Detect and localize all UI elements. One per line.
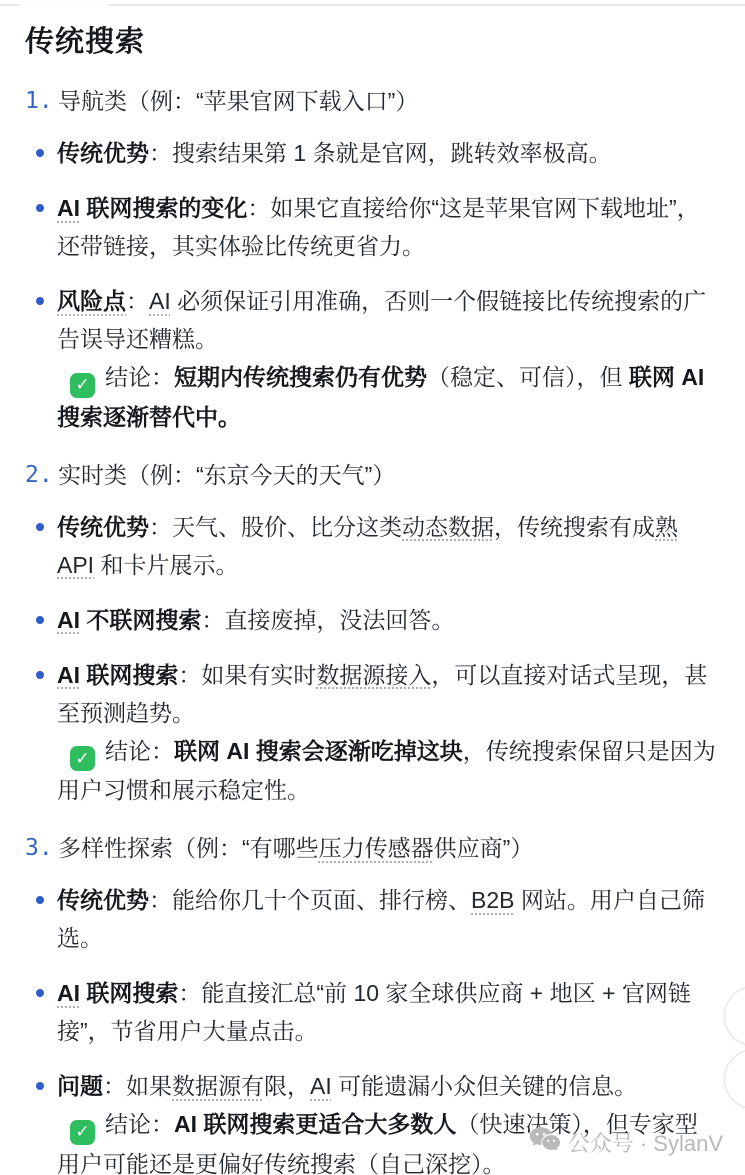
bullet-icon [36, 616, 44, 624]
list-item-bullet: 传统优势：天气、股价、比分这类动态数据，传统搜索有成熟 API 和卡片展示。 [25, 508, 720, 584]
bullet-content: 传统优势：搜索结果第 1 条就是官网，跳转效率极高。 [57, 134, 720, 172]
article: 传统搜索 1.导航类（例：“苹果官网下载入口”）传统优势：搜索结果第 1 条就是… [0, 0, 745, 1175]
emphasis-text: AI [57, 980, 80, 1006]
body-text: 结论： [105, 738, 174, 764]
conclusion-line: ✓结论：联网 AI 搜索会逐渐吃掉这块，传统搜索保留只是因为用户习惯和展示稳定性… [57, 732, 720, 810]
body-text: （稳定、可信），但 [427, 364, 629, 390]
check-icon: ✓ [70, 373, 95, 398]
body-text: ：如果 [103, 1073, 172, 1099]
body-text: ：能给你几十个页面、排行榜、 [149, 887, 471, 913]
page-title: 传统搜索 [25, 22, 720, 62]
list-item-numbered: 1.导航类（例：“苹果官网下载入口”） [25, 82, 720, 120]
top-divider-line [0, 4, 745, 6]
body-text: 结论： [105, 1111, 174, 1137]
bullet-icon [36, 989, 44, 997]
bullet-content: 传统优势：天气、股价、比分这类动态数据，传统搜索有成熟 API 和卡片展示。 [57, 508, 720, 584]
bullet-content: 传统优势：能给你几十个页面、排行榜、B2B 网站。用户自己筛选。 [57, 881, 720, 957]
bullet-text: AI 联网搜索：如果有实时数据源接入，可以直接对话式呈现，甚至预测趋势。 [57, 656, 720, 732]
body-text: AI [149, 288, 171, 314]
body-text: AI [310, 1073, 332, 1099]
list-number: 2. [25, 456, 58, 494]
list-item-bullet: 传统优势：搜索结果第 1 条就是官网，跳转效率极高。 [25, 134, 720, 172]
bullet-content: AI 联网搜索的变化：如果它直接给你“这是苹果官网下载地址”，还带链接，其实体验… [57, 189, 720, 265]
body-text: 实时类（例：“东京今天的天气”） [58, 462, 395, 488]
body-text: 数据源有 [172, 1073, 264, 1099]
watermark: 公众号 · SylanV [529, 1126, 723, 1159]
body-text: 结论： [105, 364, 174, 390]
bullet-icon [36, 523, 44, 531]
bullet-icon [36, 297, 44, 305]
emphasis-text: AI [57, 607, 80, 633]
emphasis-text: AI [57, 195, 80, 221]
bullet-content: 风险点：AI 必须保证引用准确，否则一个假链接比传统搜索的广告误导还糟糕。✓结论… [57, 282, 720, 436]
emphasis-text: 不联网搜索 [80, 607, 201, 633]
numbered-heading: 多样性探索（例：“有哪些压力传感器供应商”） [58, 829, 533, 867]
check-icon: ✓ [70, 1120, 95, 1145]
body-text: 供应商”） [434, 835, 534, 861]
body-text: ，传统搜索有成 [494, 514, 655, 540]
bullet-text: 传统优势：搜索结果第 1 条就是官网，跳转效率极高。 [57, 134, 720, 172]
emphasis-text: 传统优势 [57, 514, 149, 540]
bullet-text: 风险点：AI 必须保证引用准确，否则一个假链接比传统搜索的广告误导还糟糕。 [57, 282, 720, 358]
emphasis-text: 传统优势 [57, 887, 149, 913]
emphasis-text: 问题 [57, 1073, 103, 1099]
body-text: 压力传感器 [319, 835, 434, 861]
body-text: 多样性探索（例：“有哪些 [58, 835, 319, 861]
body-text: ：天气、股价、比分这类 [149, 514, 402, 540]
numbered-heading: 实时类（例：“东京今天的天气”） [58, 456, 395, 494]
bullet-text: 传统优势：能给你几十个页面、排行榜、B2B 网站。用户自己筛选。 [57, 881, 720, 957]
bullet-content: AI 联网搜索：如果有实时数据源接入，可以直接对话式呈现，甚至预测趋势。✓结论：… [57, 656, 720, 810]
emphasis-text: 联网搜索 [80, 662, 178, 688]
body-text: 数据源接入 [316, 662, 431, 688]
body-text: ：搜索结果第 1 条就是官网，跳转效率极高。 [149, 140, 612, 166]
list-number: 3. [25, 829, 58, 867]
emphasis-text: 联网搜索 [80, 980, 178, 1006]
body-text: ： [126, 288, 149, 314]
list-item-bullet: AI 不联网搜索：直接废掉，没法回答。 [25, 601, 720, 639]
emphasis-text: 短期内传统搜索仍有优势 [174, 364, 427, 390]
body-text: 和卡片展示。 [94, 552, 238, 578]
emphasis-text: 联网搜索的变化 [80, 195, 247, 221]
bullet-text: AI 联网搜索：能直接汇总“前 10 家全球供应商 + 地区 + 官网链接”，节… [57, 974, 720, 1050]
bullet-text: AI 联网搜索的变化：如果它直接给你“这是苹果官网下载地址”，还带链接，其实体验… [57, 189, 720, 265]
list-item-bullet: AI 联网搜索：如果有实时数据源接入，可以直接对话式呈现，甚至预测趋势。✓结论：… [25, 656, 720, 810]
emphasis-text: 风险点 [57, 288, 126, 314]
list-item-bullet: AI 联网搜索：能直接汇总“前 10 家全球供应商 + 地区 + 官网链接”，节… [25, 974, 720, 1050]
top-divider-gap [20, 4, 108, 6]
numbered-heading: 导航类（例：“苹果官网下载入口”） [58, 82, 418, 120]
watermark-label: 公众号 · SylanV [568, 1127, 723, 1158]
emphasis-text: AI [57, 662, 80, 688]
bullet-content: AI 联网搜索：能直接汇总“前 10 家全球供应商 + 地区 + 官网链接”，节… [57, 974, 720, 1050]
bullet-text: 问题：如果数据源有限，AI 可能遗漏小众但关键的信息。 [57, 1067, 720, 1105]
list-item-bullet: AI 联网搜索的变化：如果它直接给你“这是苹果官网下载地址”，还带链接，其实体验… [25, 189, 720, 265]
list-item-bullet: 传统优势：能给你几十个页面、排行榜、B2B 网站。用户自己筛选。 [25, 881, 720, 957]
body-text: 限， [264, 1073, 310, 1099]
body-text: 动态数据 [402, 514, 494, 540]
body-text: 可能遗漏小众但关键的信息。 [332, 1073, 637, 1099]
emphasis-text: 传统优势 [57, 140, 149, 166]
body-text: 导航类（例：“苹果官网下载入口”） [58, 88, 418, 114]
list-item-numbered: 2.实时类（例：“东京今天的天气”） [25, 456, 720, 494]
bullet-icon [36, 149, 44, 157]
list-number: 1. [25, 82, 58, 120]
body-text: B2B [471, 887, 514, 913]
list-item-bullet: 风险点：AI 必须保证引用准确，否则一个假链接比传统搜索的广告误导还糟糕。✓结论… [25, 282, 720, 436]
emphasis-text: AI 联网搜索更适合大多数人 [174, 1111, 456, 1137]
bullet-content: AI 不联网搜索：直接废掉，没法回答。 [57, 601, 720, 639]
body-text: ：如果有实时 [178, 662, 316, 688]
body-text: ：直接废掉，没法回答。 [201, 607, 454, 633]
bullet-text: AI 不联网搜索：直接废掉，没法回答。 [57, 601, 720, 639]
conclusion-line: ✓结论：短期内传统搜索仍有优势（稳定、可信），但 联网 AI 搜索逐渐替代中。 [57, 358, 720, 436]
wechat-bubbles-icon [529, 1126, 561, 1159]
emphasis-text: 联网 AI 搜索会逐渐吃掉这块 [174, 738, 463, 764]
document-blocks: 1.导航类（例：“苹果官网下载入口”）传统优势：搜索结果第 1 条就是官网，跳转… [25, 82, 720, 1175]
bullet-icon [36, 1082, 44, 1090]
bullet-text: 传统优势：天气、股价、比分这类动态数据，传统搜索有成熟 API 和卡片展示。 [57, 508, 720, 584]
bullet-icon [36, 671, 44, 679]
bullet-icon [36, 896, 44, 904]
list-item-numbered: 3.多样性探索（例：“有哪些压力传感器供应商”） [25, 829, 720, 867]
check-icon: ✓ [70, 746, 95, 771]
bullet-icon [36, 204, 44, 212]
